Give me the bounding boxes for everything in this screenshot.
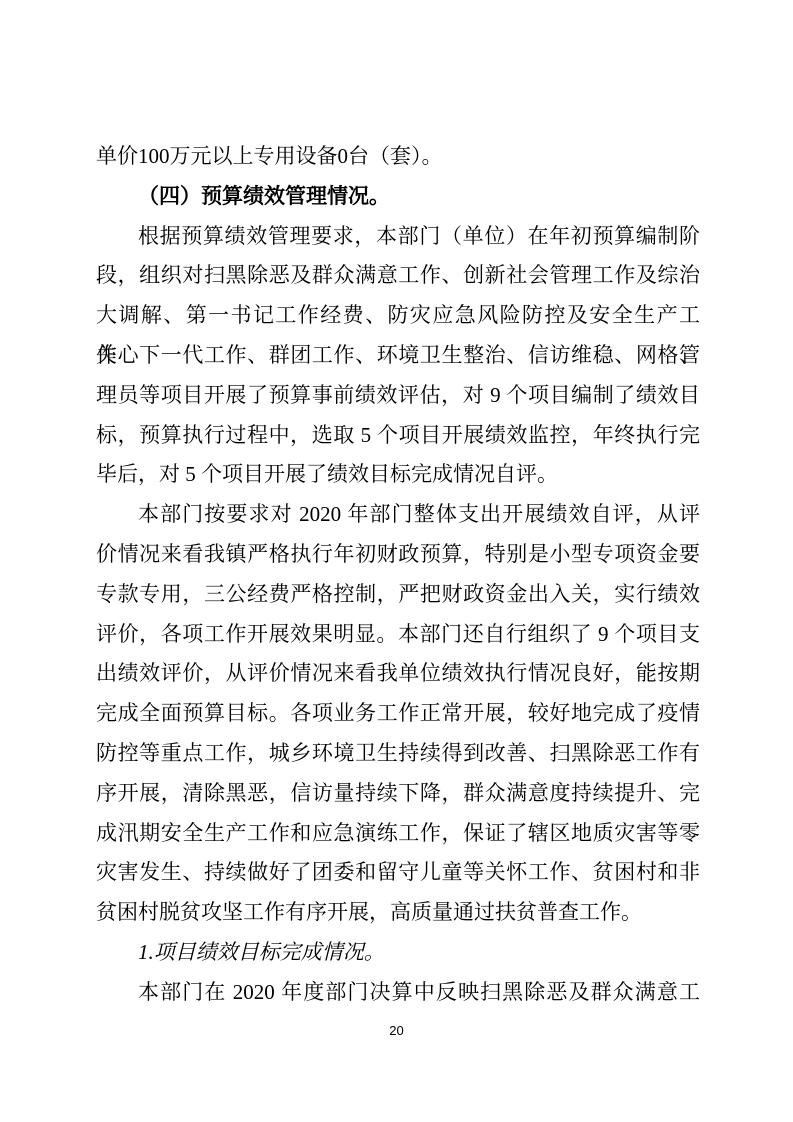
text-line: 防控等重点工作，城乡环境卫生持续得到改善、扫黑除恶工作有 [96,734,700,774]
text-line: 段，组织对扫黑除恶及群众满意工作、创新社会管理工作及综治 [96,256,700,296]
text-line: 贫困村脱贫攻坚工作有序开展，高质量通过扶贫普查工作。 [96,893,700,933]
text-line: 毕后，对 5 个项目开展了绩效目标完成情况自评。 [96,455,700,495]
text-content: 单价100万元以上专用设备0台（套）。（四）预算绩效管理情况。根据预算绩效管理要… [96,137,700,1013]
text-line: 理员等项目开展了预算事前绩效评估，对 9 个项目编制了绩效目 [96,376,700,416]
text-line: 专款专用，三公经费严格控制，严把财政资金出入关，实行绩效 [96,575,700,615]
text-line: 价情况来看我镇严格执行年初财政预算，特别是小型专项资金要 [96,535,700,575]
text-line: 完成全面预算目标。各项业务工作正常开展，较好地完成了疫情 [96,694,700,734]
text-line: 本部门按要求对 2020 年部门整体支出开展绩效自评，从评 [96,495,700,535]
text-line: 大调解、第一书记工作经费、防灾应急风险防控及安全生产工作、 [96,296,700,336]
text-line: 出绩效评价，从评价情况来看我单位绩效执行情况良好，能按期 [96,654,700,694]
page-number: 20 [0,1022,793,1040]
text-line: 成汛期安全生产工作和应急演练工作，保证了辖区地质灾害等零 [96,814,700,854]
document-page: 单价100万元以上专用设备0台（套）。（四）预算绩效管理情况。根据预算绩效管理要… [0,0,793,1122]
text-line: 根据预算绩效管理要求，本部门（单位）在年初预算编制阶 [96,217,700,257]
text-line: （四）预算绩效管理情况。 [96,177,700,217]
text-line: 关心下一代工作、群团工作、环境卫生整治、信访维稳、网格管 [96,336,700,376]
text-line: 标，预算执行过程中，选取 5 个项目开展绩效监控，年终执行完 [96,416,700,456]
text-line: 单价100万元以上专用设备0台（套）。 [96,137,700,177]
text-line: 灾害发生、持续做好了团委和留守儿童等关怀工作、贫困村和非 [96,853,700,893]
text-line: 本部门在 2020 年度部门决算中反映扫黑除恶及群众满意工 [96,973,700,1013]
text-line: 序开展，清除黑恶，信访量持续下降，群众满意度持续提升、完 [96,774,700,814]
text-line: 1.项目绩效目标完成情况。 [96,933,700,973]
text-line: 评价，各项工作开展效果明显。本部门还自行组织了 9 个项目支 [96,615,700,655]
